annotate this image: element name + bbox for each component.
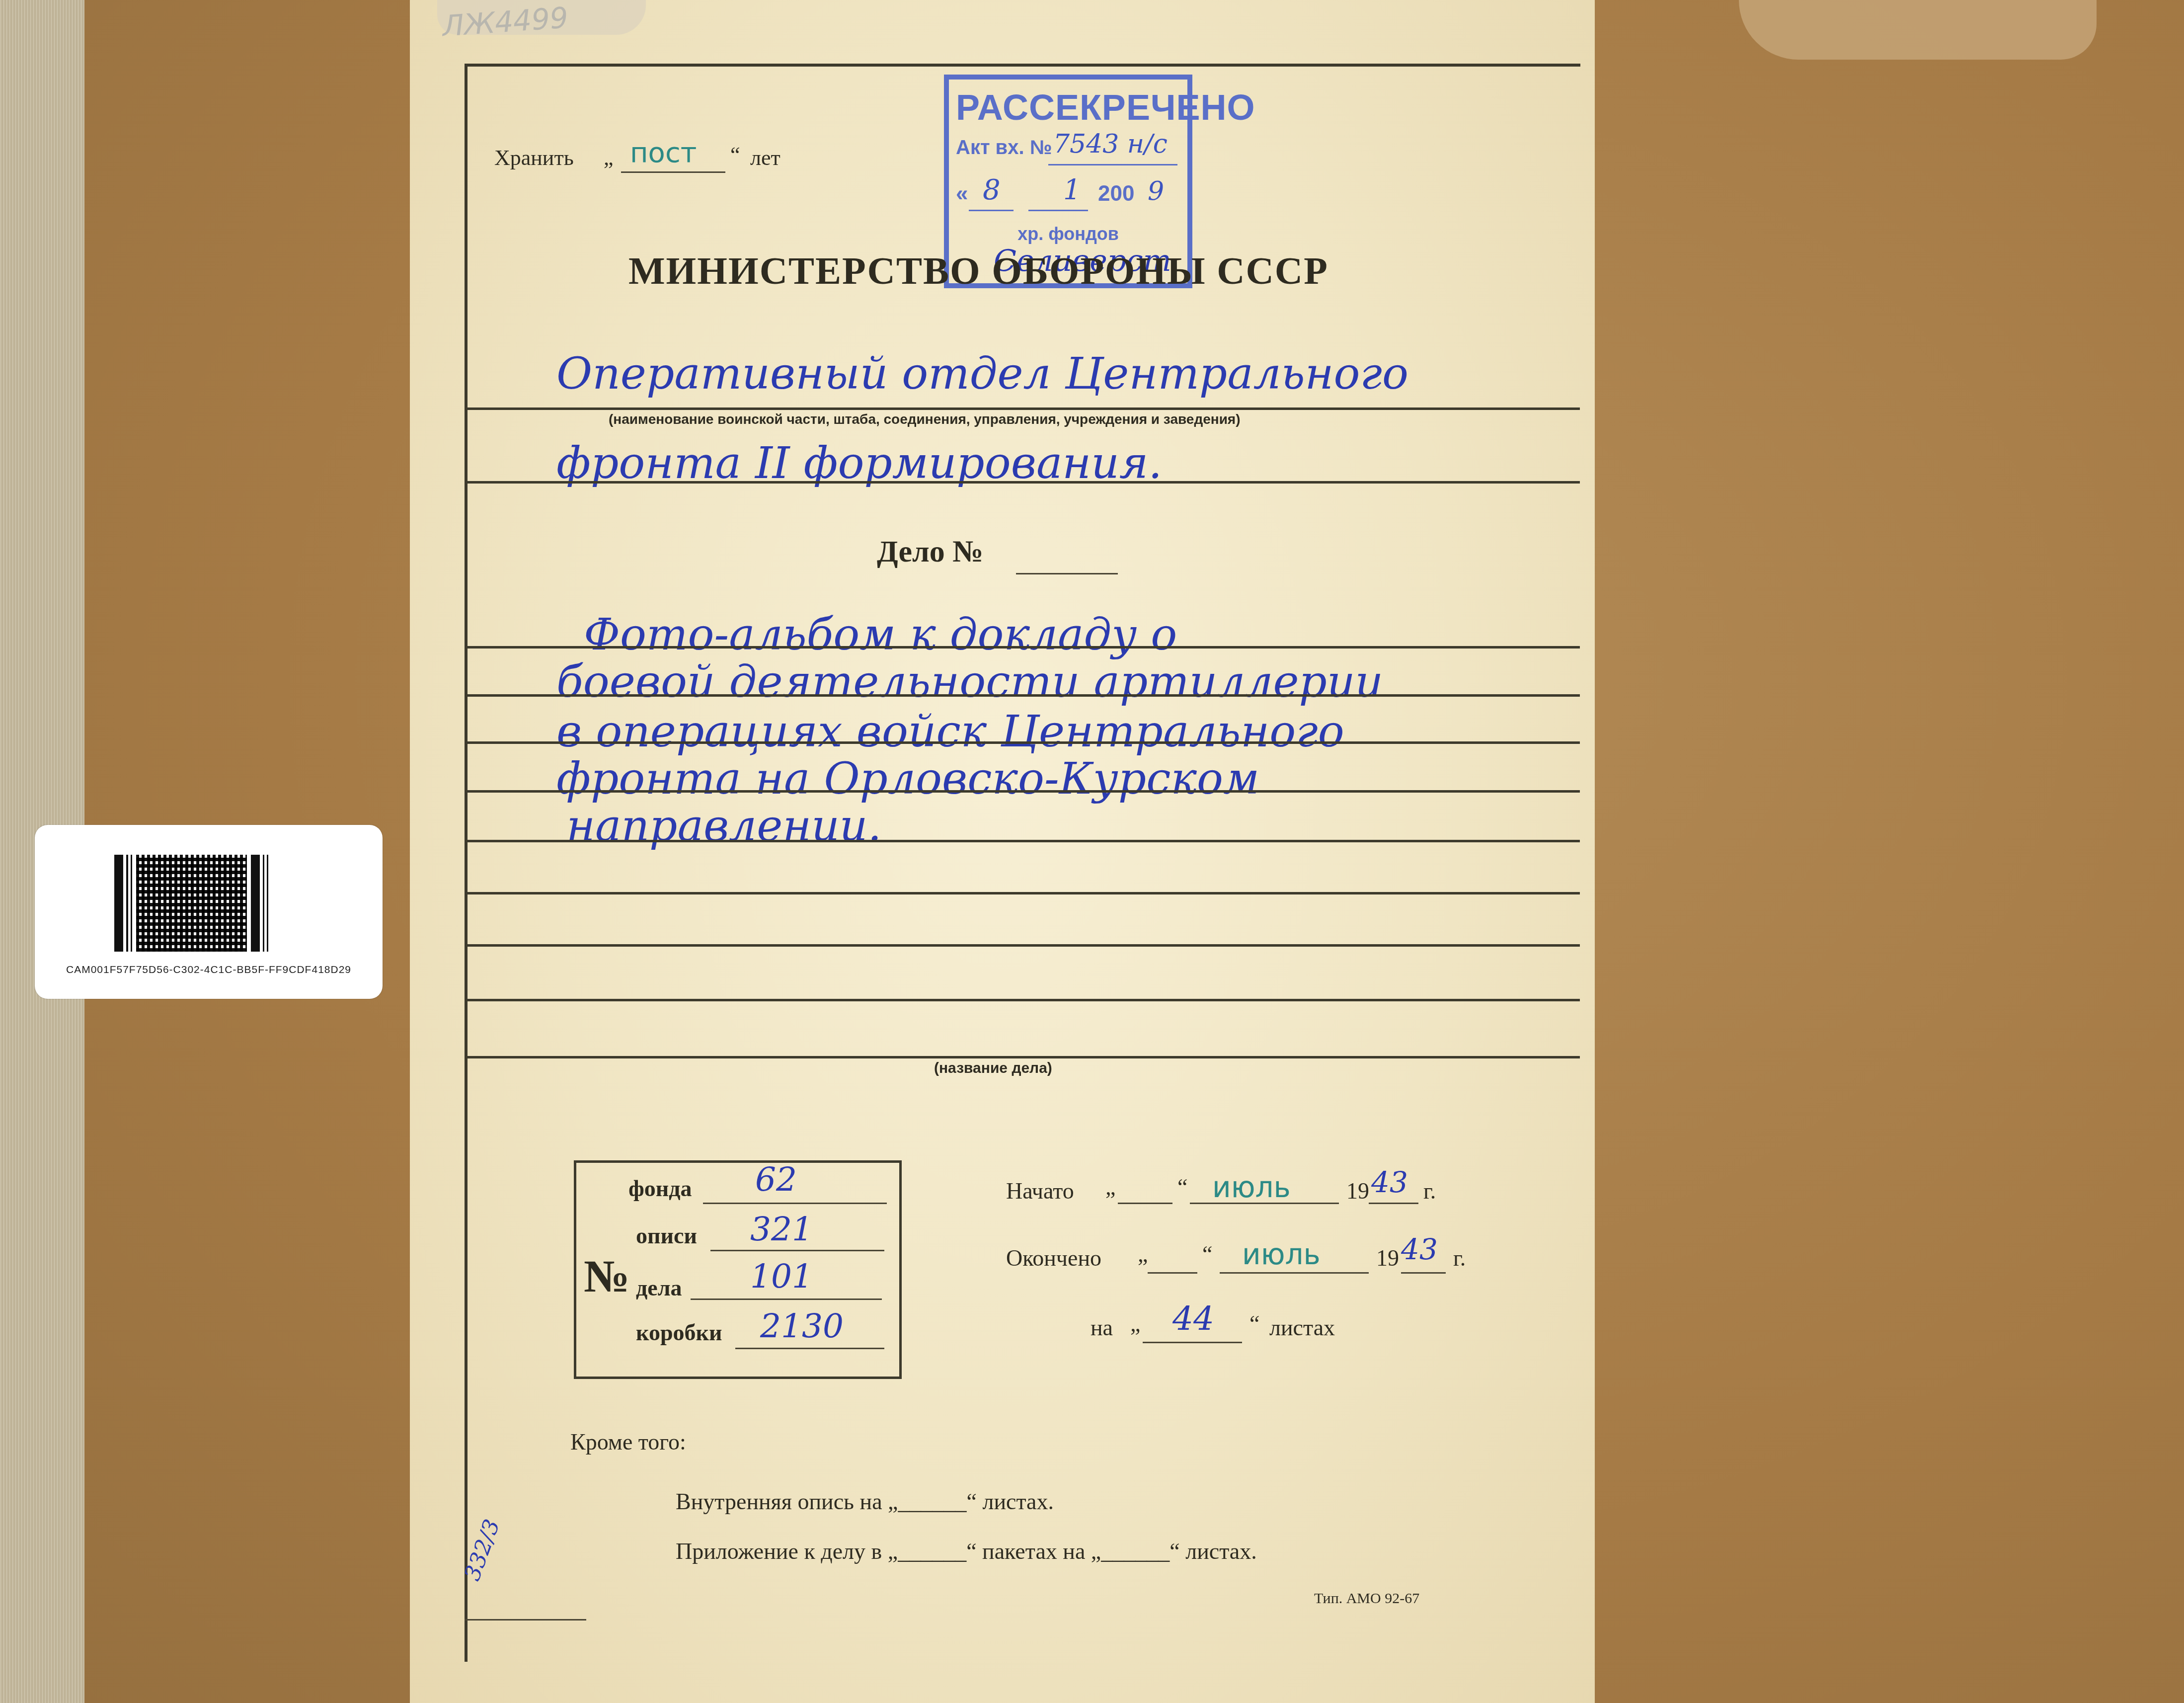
ended-year: 43 <box>1401 1232 1438 1266</box>
close-quote: “ <box>730 142 740 167</box>
sticker-code: CAM001F57F75D56-C302-4C1C-BB5F-FF9CDF418… <box>35 964 383 976</box>
inner-inventory-line: Внутренняя опись на „______“ листах. <box>676 1488 1054 1515</box>
title-rule <box>465 892 1580 894</box>
started-year-underline <box>1369 1203 1418 1204</box>
quote: „ <box>1130 1310 1140 1337</box>
opis-value: 321 <box>750 1210 813 1248</box>
title-rule <box>465 694 1580 697</box>
started-year-prefix: 19 <box>1346 1178 1369 1204</box>
ended-year-underline <box>1401 1272 1446 1274</box>
fond-value: 62 <box>755 1160 797 1199</box>
ended-year-suffix: г. <box>1453 1245 1466 1271</box>
case-label: Дело № <box>877 534 984 569</box>
appendix-line: Приложение к делу в „______“ пакетах на … <box>676 1538 1257 1564</box>
keep-value: пост <box>630 137 697 169</box>
box-underline <box>735 1348 884 1349</box>
unit-rule-1 <box>465 407 1580 410</box>
stamp-year-suffix: 9 <box>1148 176 1164 206</box>
sheets-underline <box>1143 1342 1242 1343</box>
ended-year-prefix: 19 <box>1376 1245 1399 1271</box>
quote: „ <box>1138 1241 1148 1267</box>
title-line: направлении. <box>566 800 882 851</box>
sheets-suffix: листах <box>1269 1314 1335 1341</box>
stamp-act-label: Акт вх. № <box>956 137 1052 159</box>
started-label: Начато <box>1006 1178 1074 1204</box>
keep-suffix: лет <box>750 145 780 170</box>
corner-rule <box>465 1619 586 1621</box>
printer-mark: Тип. АМО 92-67 <box>1314 1590 1419 1607</box>
torn-paper-remnant <box>1739 0 2097 60</box>
besides-label: Кроме того: <box>570 1429 686 1455</box>
title-caption: (название дела) <box>934 1060 1052 1077</box>
barcode-sticker: CAM001F57F75D56-C302-4C1C-BB5F-FF9CDF418… <box>35 825 383 999</box>
title-rule <box>465 1056 1580 1058</box>
ministry-heading: МИНИСТЕРСТВО ОБОРОНЫ СССР <box>628 248 1328 293</box>
keep-underline <box>621 171 725 173</box>
title-rule <box>465 840 1580 842</box>
title-line: Фото-альбом к докладу о <box>584 609 1177 660</box>
stamp-date-quote: « <box>956 181 968 206</box>
fond-label: фонда <box>628 1175 692 1202</box>
form-frame <box>465 64 1580 1662</box>
opis-label: описи <box>636 1222 697 1249</box>
delo-label: дела <box>636 1275 682 1301</box>
case-number-underline <box>1016 573 1118 574</box>
fond-underline <box>703 1203 887 1204</box>
stamp-month: 1 <box>1063 174 1081 206</box>
title-rule <box>465 944 1580 947</box>
stamp-title: РАССЕКРЕЧЕНО <box>956 87 1255 128</box>
started-day-underline <box>1118 1203 1172 1204</box>
stamp-year-prefix: 200 <box>1098 181 1134 206</box>
quote: “ <box>1249 1310 1259 1337</box>
title-rule <box>465 741 1580 744</box>
title-line: фронта на Орловско-Курском <box>556 753 1259 804</box>
title-line: в операциях войск Центрального <box>556 706 1344 757</box>
open-quote: „ <box>604 145 614 170</box>
stamp-department: хр. фондов <box>949 224 1187 244</box>
title-rule <box>465 999 1580 1001</box>
sheets-count: 44 <box>1172 1299 1214 1338</box>
barcode-icon <box>114 855 268 952</box>
ended-label: Окончено <box>1006 1245 1101 1271</box>
started-month: июль <box>1212 1170 1291 1204</box>
stamp-day: 8 <box>983 174 1001 206</box>
unit-caption: (наименование воинской части, штаба, сое… <box>609 411 1241 427</box>
unit-name-line1: Оперативный отдел Центрального <box>556 348 1408 399</box>
quote: „ <box>1105 1174 1115 1200</box>
number-sign: № <box>584 1250 629 1302</box>
title-line: боевой деятельности артиллерии <box>556 656 1383 707</box>
ended-day-underline <box>1148 1272 1197 1274</box>
title-rule <box>465 646 1580 649</box>
delo-underline <box>691 1298 882 1300</box>
quote: “ <box>1202 1241 1212 1267</box>
box-label: коробки <box>636 1319 722 1346</box>
quote: “ <box>1177 1174 1187 1200</box>
ended-month: июль <box>1242 1237 1321 1271</box>
keep-label: Хранить <box>494 145 574 170</box>
started-year-suffix: г. <box>1423 1178 1436 1204</box>
title-rule <box>465 790 1580 793</box>
stamp-act-number: 7543 н/с <box>1053 129 1168 159</box>
delo-value: 101 <box>750 1257 813 1296</box>
started-month-underline <box>1190 1203 1339 1204</box>
started-year: 43 <box>1371 1165 1408 1199</box>
opis-underline <box>710 1250 884 1251</box>
box-value: 2130 <box>760 1307 844 1345</box>
sheets-prefix: на <box>1091 1314 1113 1341</box>
unit-rule-2 <box>465 481 1580 484</box>
ended-month-underline <box>1220 1272 1369 1274</box>
